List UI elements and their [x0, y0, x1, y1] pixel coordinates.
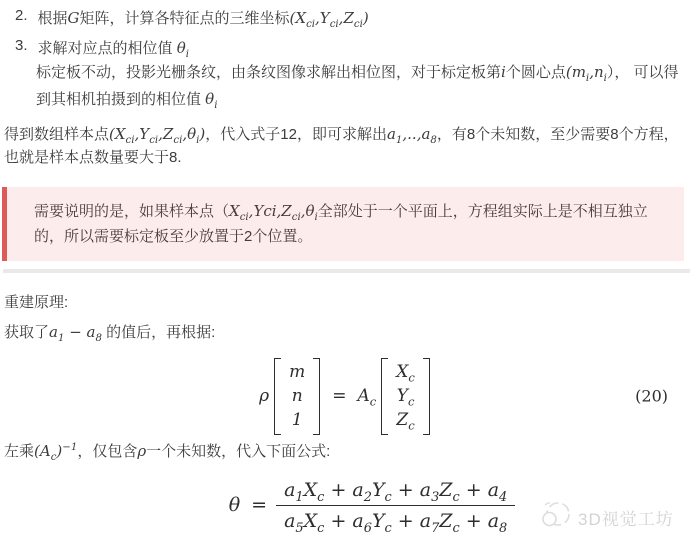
watermark-logo-icon — [538, 500, 572, 535]
fraction-numerator: a1Xc + a2Yc + a3Zc + a4 — [276, 479, 515, 505]
left-multiply-paragraph: 左乘(Ac)−1，仅包含ρ一个未知数，代入下面公式: — [4, 440, 330, 461]
left-bracket — [381, 358, 388, 435]
fraction-denominator: a5Xc + a6Yc + a7Zc + a8 — [276, 505, 515, 532]
matrix-cell-n: n — [292, 386, 303, 407]
list-item-2-text: 根据G矩阵，计算各特征点的三维坐标(Xci,Yci,Zci) — [38, 7, 369, 28]
equals-sign: = — [332, 386, 346, 406]
after-values-paragraph: 获取了a1 − a8 的值后，再根据: — [4, 321, 215, 342]
matrix-cell-m: m — [289, 362, 305, 383]
article-page: 2. 根据G矩阵，计算各特征点的三维坐标(Xci,Yci,Zci) 3. 求解对… — [0, 0, 690, 549]
right-bracket — [313, 358, 320, 435]
equals-sign: = — [251, 494, 267, 516]
right-bracket — [423, 358, 430, 435]
theta-equation: θ = a1Xc + a2Yc + a3Zc + a4 a5Xc + a6Yc … — [227, 479, 516, 532]
sample-points-paragraph: 得到数组样本点(Xci,Yci,Zci,θi)，代入式子12，即可求解出a1,.… — [4, 123, 686, 169]
fraction: a1Xc + a2Yc + a3Zc + a4 a5Xc + a6Yc + a7… — [276, 479, 515, 532]
matrix-cell-xc: Xc — [396, 362, 415, 383]
equation-20-block: ρ m n 1 = Ac Xc Yc Zc — [0, 354, 690, 438]
matrix-cell-zc: Zc — [396, 410, 414, 431]
list-item-3-text: 求解对应点的相位值 θi — [38, 37, 189, 58]
watermark: 3D视觉工坊 — [538, 500, 674, 535]
note-callout-box: 需要说明的是，如果样本点（Xci,Yci,Zci,θi全部处于一个平面上，方程组… — [2, 187, 684, 261]
world-vector-matrix: Xc Yc Zc — [381, 358, 430, 435]
equation-number: (20) — [635, 387, 668, 406]
rho-symbol: ρ — [259, 386, 269, 406]
watermark-text: 3D视觉工坊 — [578, 505, 674, 530]
left-bracket — [274, 358, 281, 435]
camera-matrix-symbol: Ac — [358, 386, 377, 406]
theta-symbol: θ — [229, 494, 240, 516]
section-title: 重建原理: — [4, 291, 68, 312]
list-item-3: 3. 求解对应点的相位值 θi — [15, 37, 189, 58]
phase-explanation-paragraph: 标定板不动，投影光栅条纹，由条纹图像求解出相位图，对于标定板第i个圆心点(mi,… — [36, 59, 686, 113]
list-item-2-number: 2. — [15, 7, 28, 28]
list-item-2: 2. 根据G矩阵，计算各特征点的三维坐标(Xci,Yci,Zci) — [15, 7, 369, 28]
list-item-3-number: 3. — [15, 37, 28, 58]
section-divider — [3, 269, 690, 273]
equation-20: ρ m n 1 = Ac Xc Yc Zc — [257, 358, 433, 435]
note-text: 需要说明的是，如果样本点（Xci,Yci,Zci,θi全部处于一个平面上，方程组… — [34, 203, 648, 245]
matrix-cell-1: 1 — [292, 410, 303, 431]
matrix-cell-yc: Yc — [397, 386, 415, 407]
pixel-vector-matrix: m n 1 — [274, 358, 320, 435]
